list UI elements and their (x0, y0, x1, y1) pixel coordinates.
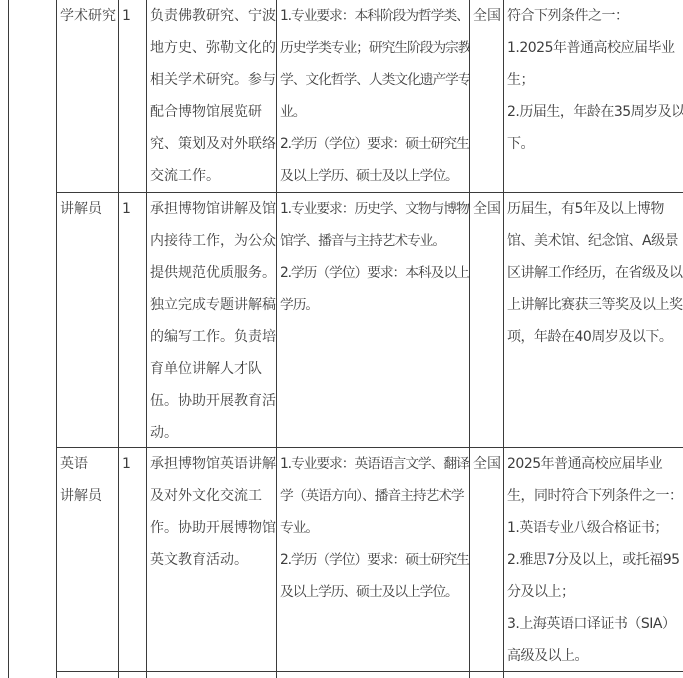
job-table: 学术研究 1 负责佛教研究、宁波 地方史、弥勒文化的 相关学术研究。参与 配合博… (8, 0, 683, 678)
job-table-rows: 学术研究 1 负责佛教研究、宁波 地方史、弥勒文化的 相关学术研究。参与 配合博… (57, 0, 683, 678)
headcount-cell: 1 (119, 193, 147, 447)
position-cell: 讲解员 (57, 193, 119, 447)
headcount-cell: 1 (119, 448, 147, 671)
requirements-cell: 1.专业要求：本科阶段为哲学类、 历史学类专业；研究生阶段为宗教 学、文化哲学、… (277, 0, 470, 192)
merged-empty-column (8, 0, 57, 678)
conditions-cell: 2025年普通高校应届毕业 生，同时符合下列条件之一： 1.英语专业八级合格证书… (504, 448, 683, 671)
conditions-cell (504, 672, 683, 678)
duties-cell: 承担博物馆英语讲解 及对外文化交流工 作。协助开展博物馆 英文教育活动。 (147, 448, 277, 671)
table-row-partial (57, 672, 683, 678)
region-cell: 全国 (470, 0, 504, 192)
duties-cell (147, 672, 277, 678)
table-row-docent: 讲解员 1 承担博物馆讲解及馆 内接待工作，为公众 提供规范优质服务。 独立完成… (57, 193, 683, 448)
table-row-academic-research: 学术研究 1 负责佛教研究、宁波 地方史、弥勒文化的 相关学术研究。参与 配合博… (57, 0, 683, 193)
region-cell (470, 672, 504, 678)
document-page: 学术研究 1 负责佛教研究、宁波 地方史、弥勒文化的 相关学术研究。参与 配合博… (0, 0, 683, 678)
conditions-cell: 历届生，有5年及以上博物 馆、美术馆、纪念馆、A级景 区讲解工作经历，在省级及以… (504, 193, 683, 447)
position-cell (57, 672, 119, 678)
requirements-cell: 1.专业要求：英语语言文学、翻译 学（英语方向）、播音主持艺术学 专业。 2.学… (277, 448, 470, 671)
duties-cell: 承担博物馆讲解及馆 内接待工作，为公众 提供规范优质服务。 独立完成专题讲解稿 … (147, 193, 277, 447)
duties-cell: 负责佛教研究、宁波 地方史、弥勒文化的 相关学术研究。参与 配合博物馆展览研 究… (147, 0, 277, 192)
region-cell: 全国 (470, 448, 504, 671)
headcount-cell: 1 (119, 0, 147, 192)
conditions-cell: 符合下列条件之一： 1.2025年普通高校应届毕业 生； 2.历届生，年龄在35… (504, 0, 683, 192)
headcount-cell (119, 672, 147, 678)
position-cell: 英语 讲解员 (57, 448, 119, 671)
region-cell: 全国 (470, 193, 504, 447)
position-cell: 学术研究 (57, 0, 119, 192)
table-row-english-docent: 英语 讲解员 1 承担博物馆英语讲解 及对外文化交流工 作。协助开展博物馆 英文… (57, 448, 683, 672)
requirements-cell: 1.专业要求：历史学、文物与博物 馆学、播音与主持艺术专业。 2.学历（学位）要… (277, 193, 470, 447)
requirements-cell (277, 672, 470, 678)
